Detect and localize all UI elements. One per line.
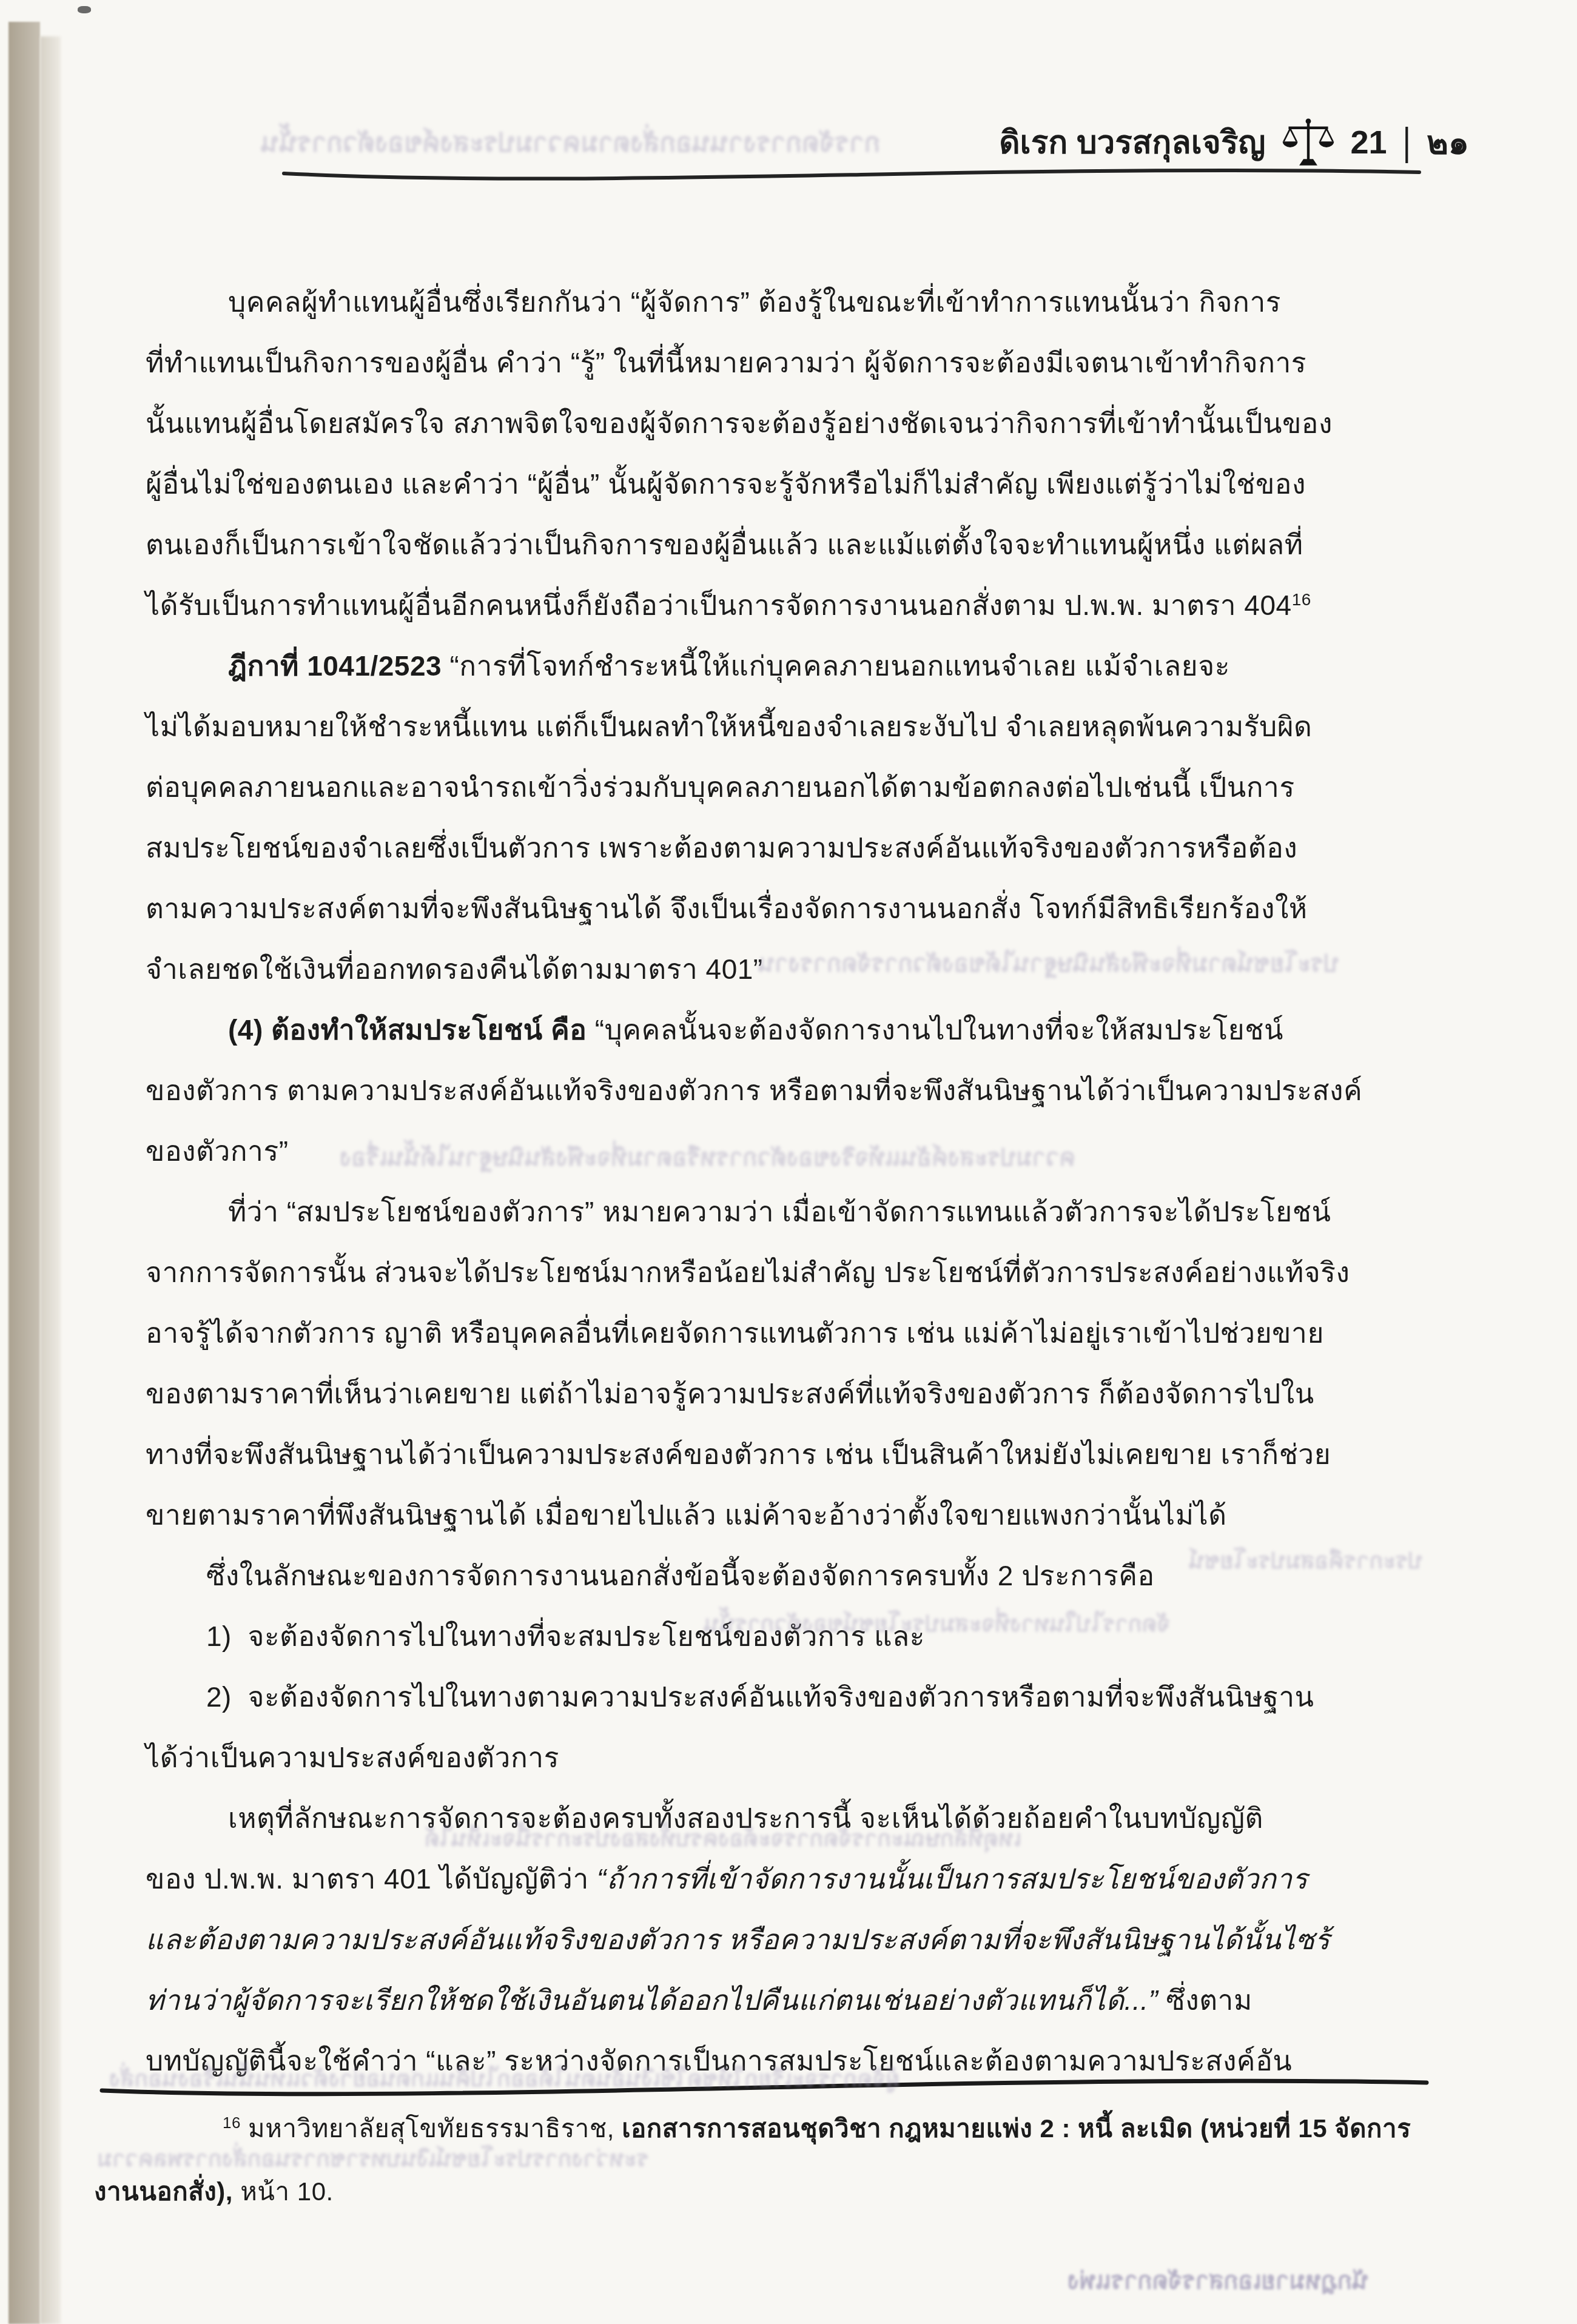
text-line: นั้นแทนผู้อื่นโดยสมัครใจ สภาพจิตใจของผู้… <box>146 393 1486 454</box>
text-segment: “บุคคลนั้นจะต้องจัดการงานไปในทางที่จะให้… <box>595 1014 1283 1046</box>
text-line: ของตามราคาที่เห็นว่าเคยขาย แต่ถ้าไม่อาจร… <box>146 1363 1486 1424</box>
bleed-through-text: ประโยชน์ตามที่จะพึงสันนิษฐานได้ของตัวการ… <box>758 944 1339 982</box>
text-segment: เอกสารการสอนชุดวิชา กฎหมายแพ่ง 2 : หนี้ … <box>622 2114 1193 2143</box>
text-line: ไม่ได้มอบหมายให้ชำระหนี้แทน แต่ก็เป็นผลท… <box>146 696 1486 757</box>
text-segment: ตามความประสงค์ตามที่จะพึงสันนิษฐานได้ จึ… <box>146 893 1308 924</box>
text-segment: และต้องตามความประสงค์อันแท้จริงของตัวการ… <box>146 1924 1330 1955</box>
scanned-page: { "colors": { "ink": "#1b1b1b", "paper":… <box>0 0 1577 2324</box>
text-line: ฎีกาที่ 1041/2523 “การที่โจทก์ชำระหนี้ให… <box>146 636 1486 696</box>
text-segment: ได้ว่าเป็นความประสงค์ของตัวการ <box>146 1742 559 1773</box>
text-segment: ต่อบุคคลภายนอกและอาจนำรถเข้าวิ่งร่วมกับบ… <box>146 771 1295 803</box>
text-segment: มหาวิทยาลัยสุโขทัยธรรมาธิราช, <box>241 2114 622 2143</box>
bleed-through-text: เหตุที่ลักษณะการจัดการจะต้องครบทั้งสองปร… <box>425 1819 1021 1856</box>
text-line: ท่านว่าผู้จัดการจะเรียกให้ชดใช้เงินอันตน… <box>146 1970 1486 2030</box>
text-segment: ซึ่งในลักษณะของการจัดการงานนอกสั่งข้อนี้… <box>206 1560 1155 1591</box>
text-line: ทางที่จะพึงสันนิษฐานได้ว่าเป็นความประสงค… <box>146 1424 1486 1485</box>
bleed-through-text: ผู้จัดการจะเรียกให้ชดใช้เงินอันตนได้ออกไ… <box>109 2060 899 2097</box>
text-segment: “การที่โจทก์ชำระหนี้ให้แก่บุคคลภายนอกแทน… <box>449 650 1229 682</box>
text-segment: ตนเองก็เป็นการเข้าใจชัดแล้วว่าเป็นกิจการ… <box>146 529 1303 560</box>
text-line: ของ ป.พ.พ. มาตรา 401 ได้บัญญัติว่า “ถ้าก… <box>146 1849 1486 1909</box>
book-binding-edge <box>8 22 40 2324</box>
bleed-through-text: ประการคือสมประโยชน์ <box>1189 1542 1423 1579</box>
text-line: 2) จะต้องจัดการไปในทางตามความประสงค์อันแ… <box>146 1667 1486 1727</box>
text-segment: ทางที่จะพึงสันนิษฐานได้ว่าเป็นความประสงค… <box>146 1439 1331 1470</box>
text-segment: ฎีกาที่ 1041/2523 <box>228 650 449 682</box>
text-segment: ที่ทำแทนเป็นกิจการของผู้อื่น คำว่า “รู้”… <box>146 347 1306 378</box>
text-segment: นั้นแทนผู้อื่นโดยสมัครใจ สภาพจิตใจของผู้… <box>146 408 1333 439</box>
text-segment: ที่ว่า “สมประโยชน์ของตัวการ” หมายความว่า… <box>228 1196 1331 1227</box>
text-segment: สมประโยชน์ของจำเลยซึ่งเป็นตัวการ เพราะต้… <box>146 832 1297 864</box>
text-line: ได้รับเป็นการทำแทนผู้อื่นอีกคนหนึ่งก็ยัง… <box>146 575 1486 636</box>
text-segment: ท่านว่าผู้จัดการจะเรียกให้ชดใช้เงินอันตน… <box>146 1984 1158 2016</box>
page-number-thai: ๒๑ <box>1427 116 1469 169</box>
text-line: และต้องตามความประสงค์อันแท้จริงของตัวการ… <box>146 1909 1486 1970</box>
text-line: สมประโยชน์ของจำเลยซึ่งเป็นตัวการ เพราะต้… <box>146 818 1486 878</box>
text-segment: หน้า 10. <box>240 2177 334 2206</box>
bleed-through-text: การจัดการงานนอกสั่งตามความประสงค์ของตัวก… <box>261 121 881 164</box>
text-line: (4) ต้องทำให้สมประโยชน์ คือ “บุคคลนั้นจะ… <box>146 999 1486 1060</box>
text-segment: ขายตามราคาที่พึงสันนิษฐานได้ เมื่อขายไปแ… <box>146 1499 1227 1531</box>
text-segment: บุคคลผู้ทำแทนผู้อื่นซึ่งเรียกกันว่า “ผู้… <box>228 286 1281 318</box>
text-line: ของตัวการ ตามความประสงค์อันแท้จริงของตัว… <box>146 1060 1486 1121</box>
text-segment: ของ ป.พ.พ. มาตรา 401 ได้บัญญัติว่า <box>146 1863 597 1895</box>
bleed-through-text: จัดการไปในทางที่จะสมประโยชน์ของตัวการนั้… <box>704 1605 1171 1642</box>
text-line: อาจรู้ได้จากตัวการ ญาติ หรือบุคคลอื่นที่… <box>146 1303 1486 1363</box>
text-segment: จากการจัดการนั้น ส่วนจะได้ประโยชน์มากหรื… <box>146 1257 1350 1288</box>
page-number-arabic: 21 <box>1351 124 1387 161</box>
text-segment: “ถ้าการที่เข้าจัดการงานนั้นเป็นการสมประโ… <box>597 1863 1308 1895</box>
page-header: ดิเรก บวรสกุลเจริญ 21 | ๒๑ <box>999 116 1469 169</box>
text-segment: 2) จะต้องจัดการไปในทางตามความประสงค์อันแ… <box>206 1681 1314 1713</box>
header-underline <box>284 170 1419 178</box>
text-segment: 16 <box>1292 590 1311 609</box>
text-segment: 16 <box>223 2114 241 2132</box>
text-segment: อาจรู้ได้จากตัวการ ญาติ หรือบุคคลอื่นที่… <box>146 1317 1324 1349</box>
text-segment: (หน่วยที่ 15 จัดการ <box>1193 2114 1411 2143</box>
text-line: บุคคลผู้ทำแทนผู้อื่นซึ่งเรียกกันว่า “ผู้… <box>146 272 1486 332</box>
text-segment: ซึ่งตาม <box>1158 1984 1253 2016</box>
text-segment: ไม่ได้มอบหมายให้ชำระหนี้แทน แต่ก็เป็นผลท… <box>146 711 1313 742</box>
text-line: ต่อบุคคลภายนอกและอาจนำรถเข้าวิ่งร่วมกับบ… <box>146 757 1486 818</box>
text-segment: ของตัวการ” <box>146 1135 288 1167</box>
author-name: ดิเรก บวรสกุลเจริญ <box>999 117 1265 168</box>
text-segment: งานนอกสั่ง), <box>94 2177 240 2206</box>
text-segment: ได้รับเป็นการทำแทนผู้อื่นอีกคนหนึ่งก็ยัง… <box>146 589 1292 621</box>
page-number-separator: | <box>1403 120 1411 166</box>
text-line: ขายตามราคาที่พึงสันนิษฐานได้ เมื่อขายไปแ… <box>146 1485 1486 1545</box>
text-line: ผู้อื่นไม่ใช่ของตนเอง และคำว่า “ผู้อื่น”… <box>146 454 1486 514</box>
bleed-through-text: ระหว่างการประโยชน์เงินบทราชการนอกสั่งการ… <box>97 2140 649 2177</box>
bleed-through-text: นักฎหมายเอกสารจัดการแพ่ง <box>1068 2261 1369 2300</box>
text-segment: จำเลยชดใช้เงินที่ออกทดรองคืนได้ตามมาตรา … <box>146 953 763 985</box>
text-segment: ของตามราคาที่เห็นว่าเคยขาย แต่ถ้าไม่อาจร… <box>146 1378 1314 1409</box>
book-binding-edge-light <box>40 36 61 2324</box>
text-line: ตนเองก็เป็นการเข้าใจชัดแล้วว่าเป็นกิจการ… <box>146 514 1486 575</box>
text-line: ตามความประสงค์ตามที่จะพึงสันนิษฐานได้ จึ… <box>146 878 1486 939</box>
bleed-through-text: ความประสงค์อันแท้จริงของตัวการหรือตามที่… <box>340 1138 1075 1177</box>
text-line: ที่ว่า “สมประโยชน์ของตัวการ” หมายความว่า… <box>146 1181 1486 1242</box>
text-segment: ของตัวการ ตามความประสงค์อันแท้จริงของตัว… <box>146 1075 1362 1106</box>
text-line: ที่ทำแทนเป็นกิจการของผู้อื่น คำว่า “รู้”… <box>146 332 1486 393</box>
body-text: บุคคลผู้ทำแทนผู้อื่นซึ่งเรียกกันว่า “ผู้… <box>146 272 1486 2091</box>
scales-of-justice-icon <box>1282 117 1335 168</box>
text-line: จากการจัดการนั้น ส่วนจะได้ประโยชน์มากหรื… <box>146 1242 1486 1303</box>
text-segment: ผู้อื่นไม่ใช่ของตนเอง และคำว่า “ผู้อื่น”… <box>146 468 1306 500</box>
text-segment: (4) ต้องทำให้สมประโยชน์ คือ <box>228 1014 595 1046</box>
scan-speck <box>78 6 91 13</box>
text-line: ได้ว่าเป็นความประสงค์ของตัวการ <box>146 1727 1486 1788</box>
